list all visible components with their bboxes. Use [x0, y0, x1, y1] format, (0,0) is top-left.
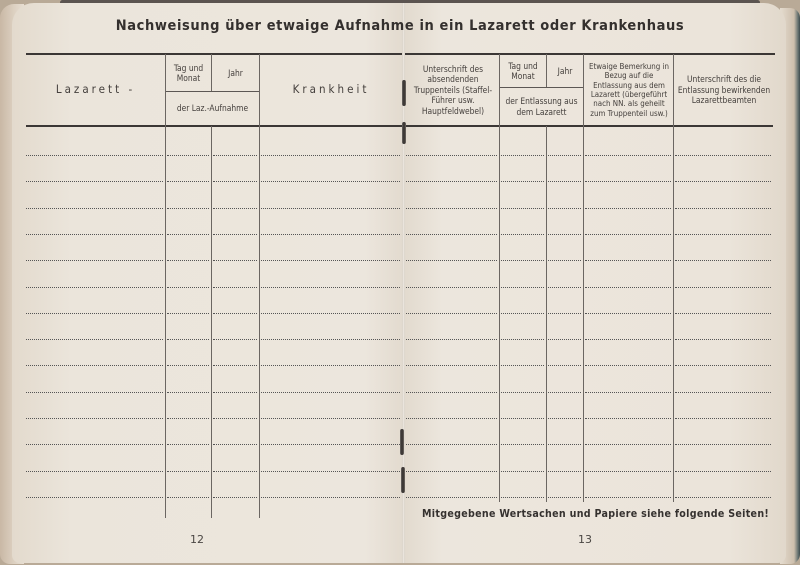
- row-dotted-line: [261, 471, 400, 472]
- row-dotted-line: [26, 497, 163, 498]
- row-dotted-line: [548, 260, 581, 261]
- row-dotted-line: [501, 471, 544, 472]
- binding-stitch: [402, 122, 406, 144]
- row-dotted-line: [26, 444, 163, 445]
- row-dotted-line: [213, 444, 257, 445]
- row-dotted-line: [548, 339, 581, 340]
- row-dotted-line: [213, 181, 257, 182]
- row-dotted-line: [213, 208, 257, 209]
- header-bemerkung: Etwaige Bemerkung in Bezug auf die Entla…: [585, 55, 673, 125]
- row-dotted-line: [167, 339, 209, 340]
- row-dotted-line: [406, 471, 497, 472]
- row-dotted-line: [548, 444, 581, 445]
- row-dotted-line: [548, 234, 581, 235]
- row-dotted-line: [501, 313, 544, 314]
- row-dotted-line: [675, 155, 771, 156]
- row-dotted-line: [213, 313, 257, 314]
- row-dotted-line: [26, 287, 163, 288]
- row-dotted-line: [501, 155, 544, 156]
- row-dotted-line: [675, 444, 771, 445]
- row-dotted-line: [167, 418, 209, 419]
- row-dotted-line: [585, 392, 671, 393]
- row-dotted-line: [26, 208, 163, 209]
- row-dotted-line: [548, 313, 581, 314]
- row-dotted-line: [548, 365, 581, 366]
- row-dotted-line: [406, 339, 497, 340]
- col-divider: [211, 126, 212, 518]
- row-dotted-line: [26, 313, 163, 314]
- row-dotted-line: [167, 444, 209, 445]
- row-dotted-line: [406, 181, 497, 182]
- row-dotted-line: [585, 365, 671, 366]
- col-divider: [546, 126, 547, 502]
- row-dotted-line: [548, 418, 581, 419]
- row-dotted-line: [167, 287, 209, 288]
- row-dotted-line: [167, 208, 209, 209]
- header-bottom-rule-right: [405, 125, 773, 127]
- row-dotted-line: [548, 155, 581, 156]
- row-dotted-line: [548, 392, 581, 393]
- row-dotted-line: [261, 155, 400, 156]
- header-unterschrift-truppenteil: Unterschrift des absendenden Truppenteil…: [408, 56, 498, 124]
- row-dotted-line: [548, 471, 581, 472]
- page-number-right: 13: [578, 533, 592, 546]
- row-dotted-line: [167, 234, 209, 235]
- row-dotted-line: [213, 260, 257, 261]
- row-dotted-line: [585, 497, 671, 498]
- header-lazarett: Lazarett -: [26, 54, 165, 125]
- row-dotted-line: [501, 392, 544, 393]
- row-dotted-line: [213, 392, 257, 393]
- row-dotted-line: [406, 392, 497, 393]
- row-dotted-line: [213, 471, 257, 472]
- row-dotted-line: [261, 287, 400, 288]
- row-dotted-line: [167, 471, 209, 472]
- row-dotted-line: [26, 365, 163, 366]
- row-dotted-line: [261, 181, 400, 182]
- row-dotted-line: [501, 365, 544, 366]
- row-dotted-line: [501, 208, 544, 209]
- row-dotted-line: [406, 208, 497, 209]
- row-dotted-line: [675, 392, 771, 393]
- header-entlassung-jahr: Jahr: [547, 56, 583, 86]
- row-dotted-line: [167, 181, 209, 182]
- binding-stitch: [402, 80, 406, 106]
- form-title: Nachweisung über etwaige Aufnahme in ein…: [0, 18, 800, 34]
- row-dotted-line: [501, 260, 544, 261]
- row-dotted-line: [501, 444, 544, 445]
- row-dotted-line: [406, 155, 497, 156]
- row-dotted-line: [585, 181, 671, 182]
- row-dotted-line: [585, 313, 671, 314]
- row-dotted-line: [585, 208, 671, 209]
- row-dotted-line: [585, 444, 671, 445]
- row-dotted-line: [261, 260, 400, 261]
- row-dotted-line: [406, 365, 497, 366]
- row-dotted-line: [406, 260, 497, 261]
- row-dotted-line: [585, 418, 671, 419]
- row-dotted-line: [26, 260, 163, 261]
- header-bottom-rule-left: [26, 125, 402, 127]
- header-aufnahme-tag-monat: Tag und Monat: [166, 57, 211, 89]
- row-dotted-line: [501, 287, 544, 288]
- row-dotted-line: [26, 471, 163, 472]
- header-krankheit: Krankheit: [260, 54, 402, 125]
- row-dotted-line: [167, 260, 209, 261]
- row-dotted-line: [261, 313, 400, 314]
- row-dotted-line: [675, 365, 771, 366]
- row-dotted-line: [675, 313, 771, 314]
- row-dotted-line: [261, 234, 400, 235]
- row-dotted-line: [213, 287, 257, 288]
- row-dotted-line: [261, 418, 400, 419]
- row-dotted-line: [261, 365, 400, 366]
- row-dotted-line: [26, 392, 163, 393]
- col-divider: [583, 54, 584, 502]
- row-dotted-line: [213, 365, 257, 366]
- row-dotted-line: [501, 181, 544, 182]
- page-number-left: 12: [190, 533, 204, 546]
- row-dotted-line: [675, 497, 771, 498]
- row-dotted-line: [675, 418, 771, 419]
- row-dotted-line: [501, 418, 544, 419]
- row-dotted-line: [406, 444, 497, 445]
- footer-note: Mitgegebene Wertsachen und Papiere siehe…: [422, 508, 769, 520]
- header-entlassung-group: der Entlassung aus dem Lazarett: [500, 88, 583, 125]
- row-dotted-line: [675, 339, 771, 340]
- row-dotted-line: [406, 418, 497, 419]
- row-dotted-line: [261, 392, 400, 393]
- row-dotted-line: [406, 497, 497, 498]
- open-booklet: Nachweisung über etwaige Aufnahme in ein…: [0, 0, 800, 565]
- row-dotted-line: [167, 392, 209, 393]
- row-dotted-line: [501, 339, 544, 340]
- header-entlassung-tag-monat: Tag und Monat: [500, 56, 546, 86]
- row-dotted-line: [501, 497, 544, 498]
- row-dotted-line: [406, 313, 497, 314]
- row-dotted-line: [26, 234, 163, 235]
- row-dotted-line: [548, 181, 581, 182]
- row-dotted-line: [675, 208, 771, 209]
- row-dotted-line: [167, 155, 209, 156]
- row-dotted-line: [675, 181, 771, 182]
- row-dotted-line: [675, 260, 771, 261]
- row-dotted-line: [167, 365, 209, 366]
- row-dotted-line: [261, 208, 400, 209]
- row-dotted-line: [548, 497, 581, 498]
- row-dotted-line: [26, 339, 163, 340]
- row-dotted-line: [675, 471, 771, 472]
- row-dotted-line: [26, 418, 163, 419]
- col-divider: [673, 54, 674, 502]
- row-dotted-line: [406, 234, 497, 235]
- binding-stitch: [401, 467, 405, 493]
- row-dotted-line: [406, 287, 497, 288]
- binding-stitch: [400, 429, 404, 455]
- row-dotted-line: [213, 339, 257, 340]
- row-dotted-line: [585, 471, 671, 472]
- row-dotted-line: [213, 234, 257, 235]
- row-dotted-line: [585, 234, 671, 235]
- row-dotted-line: [213, 497, 257, 498]
- row-dotted-line: [548, 208, 581, 209]
- header-unterschrift-lazarettbeamten: Unterschrift des die Entlassung bewirken…: [675, 56, 773, 124]
- row-dotted-line: [261, 444, 400, 445]
- row-dotted-line: [585, 287, 671, 288]
- row-dotted-line: [585, 155, 671, 156]
- row-dotted-line: [26, 181, 163, 182]
- row-dotted-line: [26, 155, 163, 156]
- row-dotted-line: [548, 287, 581, 288]
- row-dotted-line: [501, 234, 544, 235]
- row-dotted-line: [261, 497, 400, 498]
- row-dotted-line: [167, 497, 209, 498]
- row-dotted-line: [261, 339, 400, 340]
- row-dotted-line: [675, 287, 771, 288]
- row-dotted-line: [213, 418, 257, 419]
- header-aufnahme-group: der Laz.-Aufnahme: [166, 92, 259, 125]
- row-dotted-line: [675, 234, 771, 235]
- header-aufnahme-jahr: Jahr: [212, 57, 259, 89]
- row-dotted-line: [167, 313, 209, 314]
- row-dotted-line: [585, 260, 671, 261]
- row-dotted-line: [213, 155, 257, 156]
- row-dotted-line: [585, 339, 671, 340]
